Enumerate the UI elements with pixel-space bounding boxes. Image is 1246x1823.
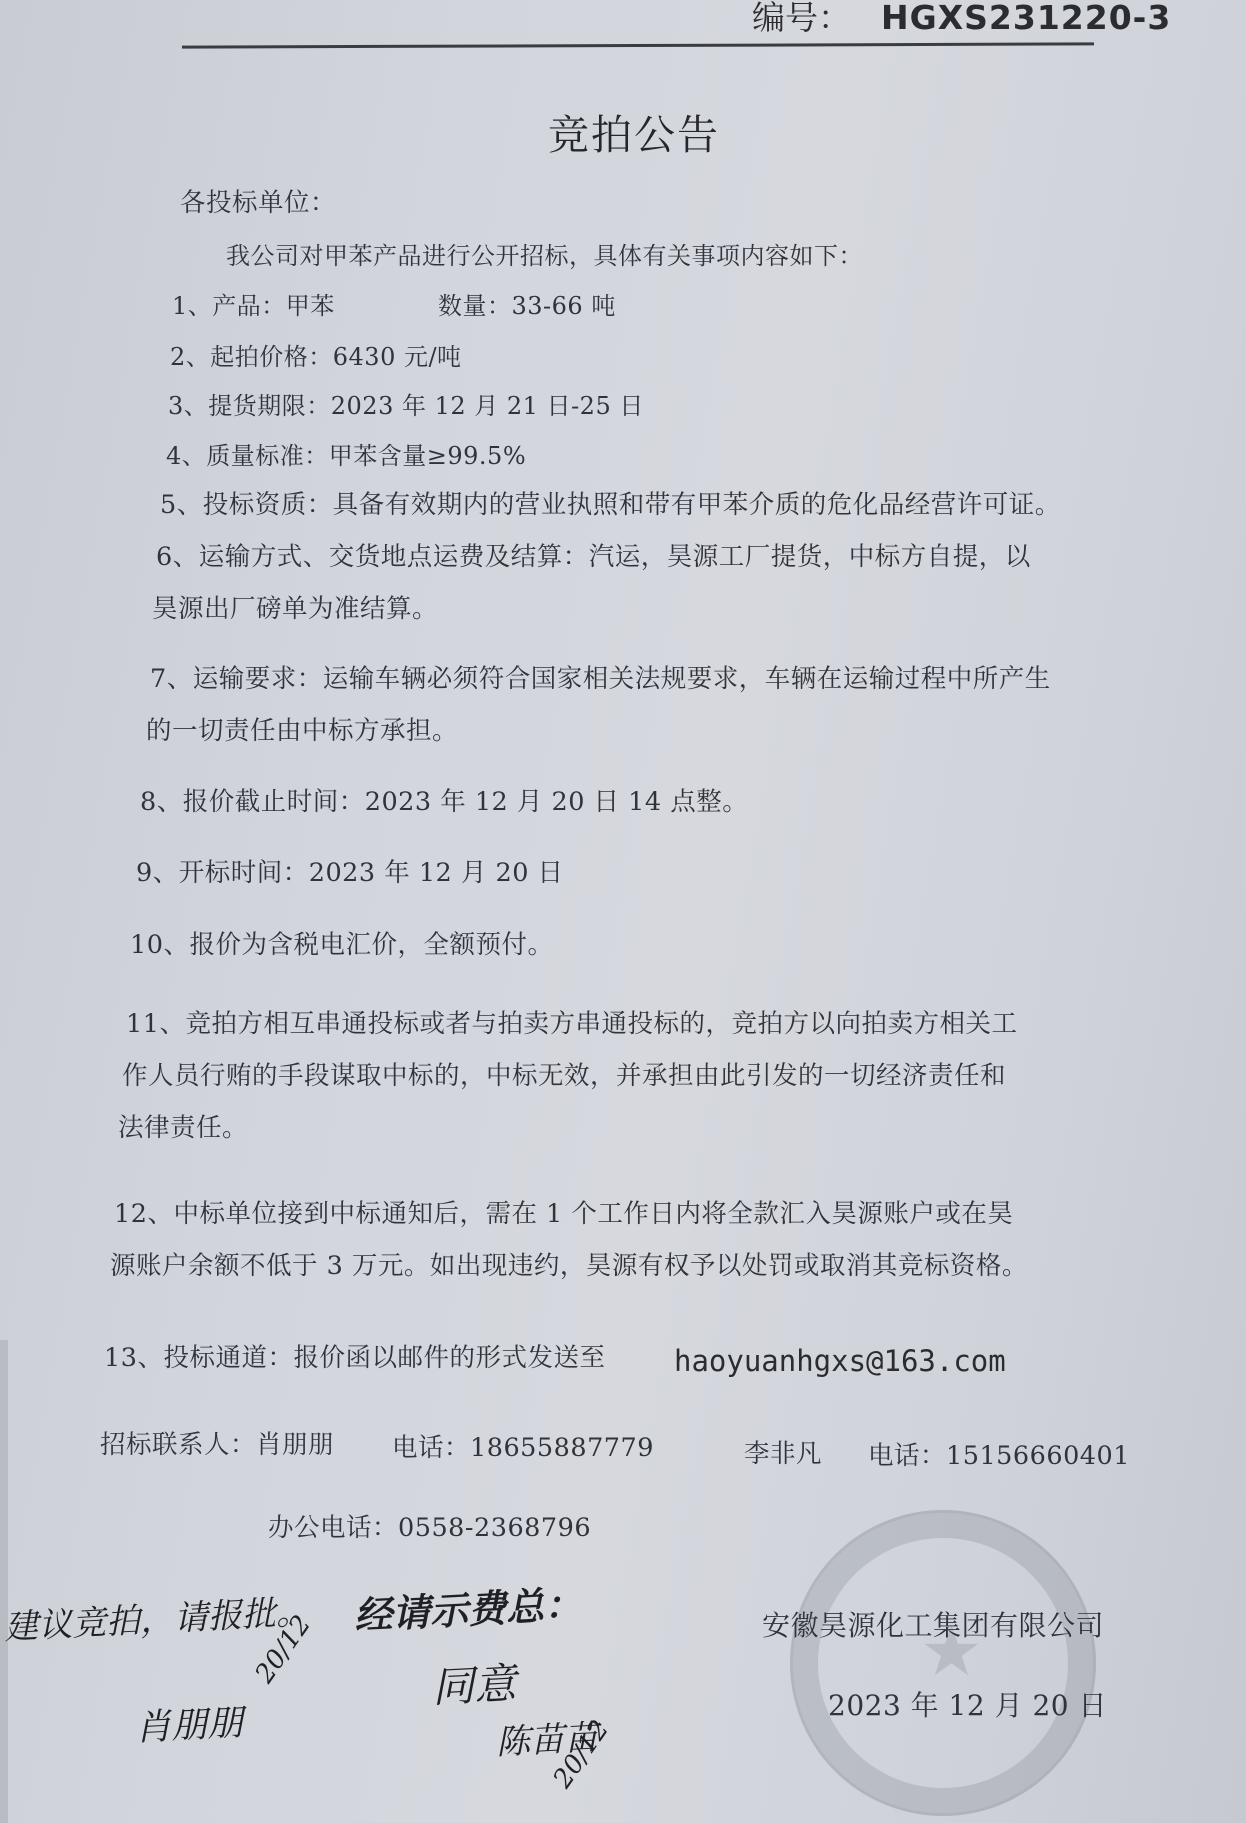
bid-email-link[interactable]: haoyuanhgxs@163.com [674, 1344, 1006, 1378]
item-10-payment: 10、报价为含税电汇价，全额预付。 [130, 925, 553, 961]
item-13-channel: 13、投标通道：报价函以邮件的形式发送至 [104, 1338, 605, 1374]
item-4-quality-standard: 4、质量标准：甲苯含量≥99.5% [166, 436, 526, 471]
item-1-product: 1、产品：甲苯 [172, 286, 335, 321]
page-title: 竞拍公告 [548, 102, 720, 161]
handwritten-approved: 同意 [430, 1651, 517, 1715]
item-12-line1: 12、中标单位接到中标通知后，需在 1 个工作日内将全款汇入昊源账户或在昊 [114, 1194, 1013, 1230]
document-number: 编号：HGXS231220-3 [752, 0, 1171, 39]
item-8-deadline: 8、报价截止时间：2023 年 12 月 20 日 14 点整。 [140, 782, 748, 818]
contact-phone-2: 电话：15156660401 [868, 1436, 1130, 1472]
item-9-opening-time: 9、开标时间：2023 年 12 月 20 日 [136, 853, 564, 889]
item-7-requirements-line1: 7、运输要求：运输车辆必须符合国家相关法规要求，车辆在运输过程中所产生 [150, 659, 1051, 695]
item-2-start-price: 2、起拍价格：6430 元/吨 [170, 337, 462, 372]
document-number-value: HGXS231220-3 [881, 0, 1171, 37]
header-divider [182, 42, 1094, 48]
item-11-line2: 作人员行贿的手段谋取中标的，中标无效，并承担由此引发的一切经济责任和 [122, 1056, 1006, 1092]
issue-date: 2023 年 12 月 20 日 [828, 1684, 1107, 1724]
item-11-line1: 11、竞拍方相互串通投标或者与拍卖方串通投标的，竞拍方以向拍卖方相关工 [126, 1004, 1017, 1040]
handwritten-approval-note: 经请示费总： [353, 1573, 584, 1640]
item-6-transport-line2: 昊源出厂磅单为准结算。 [152, 589, 438, 625]
contact-person-2: 李非凡 [744, 1434, 822, 1470]
item-5-qualification: 5、投标资质：具备有效期内的营业执照和带有甲苯介质的危化品经营许可证。 [160, 485, 1061, 521]
salutation: 各投标单位： [180, 183, 336, 219]
contact-phone-1: 电话：18655887779 [392, 1428, 654, 1464]
handwritten-recommendation: 建议竞拍，请报批。 [3, 1584, 311, 1649]
item-7-requirements-line2: 的一切责任由中标方承担。 [146, 711, 458, 747]
intro-paragraph: 我公司对甲苯产品进行公开招标，具体有关事项内容如下： [226, 236, 863, 271]
item-3-pickup-period: 3、提货期限：2023 年 12 月 21 日-25 日 [168, 386, 644, 421]
company-name: 安徽昊源化工集团有限公司 [762, 1604, 1104, 1644]
item-6-transport-line1: 6、运输方式、交货地点运费及结算：汽运，昊源工厂提货，中标方自提，以 [156, 537, 1031, 573]
paper-edge-shadow [0, 1340, 8, 1823]
handwritten-signature-1: 肖朋朋 [134, 1694, 245, 1751]
item-11-line3: 法律责任。 [118, 1108, 248, 1144]
document-number-label: 编号： [752, 0, 851, 37]
contact-person-1: 招标联系人：肖朋朋 [100, 1425, 334, 1461]
office-phone: 办公电话：0558-2368796 [268, 1508, 591, 1544]
item-12-line2: 源账户余额不低于 3 万元。如出现违约，昊源有权予以处罚或取消其竞标资格。 [110, 1246, 1028, 1282]
item-1-quantity: 数量：33-66 吨 [438, 286, 616, 321]
